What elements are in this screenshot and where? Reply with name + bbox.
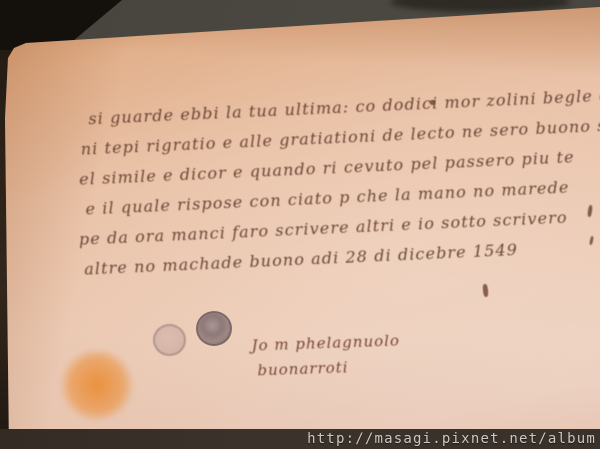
manuscript-photo: si guarde ebbi la tua ultima: co dodici …	[0, 0, 600, 449]
signature-name: Jo m phelagnuolo	[251, 328, 400, 358]
background-top-shadow	[390, 0, 570, 12]
ink-speck	[430, 100, 435, 105]
manuscript-page: si guarde ebbi la tua ultima: co dodici …	[0, 0, 600, 449]
dark-round-seal	[196, 311, 232, 346]
signature-block: Jo m phelagnuolo buonarroti	[251, 328, 401, 383]
watermark-bar: http://masagi.pixnet.net/album	[0, 429, 600, 449]
watermark-url: http://masagi.pixnet.net/album	[307, 431, 596, 447]
handwritten-text-block: si guarde ebbi la tua ultima: co dodici …	[72, 85, 600, 290]
faint-round-seal	[153, 324, 186, 356]
orange-stain	[60, 350, 134, 420]
signature-surname: buonarroti	[257, 353, 401, 383]
